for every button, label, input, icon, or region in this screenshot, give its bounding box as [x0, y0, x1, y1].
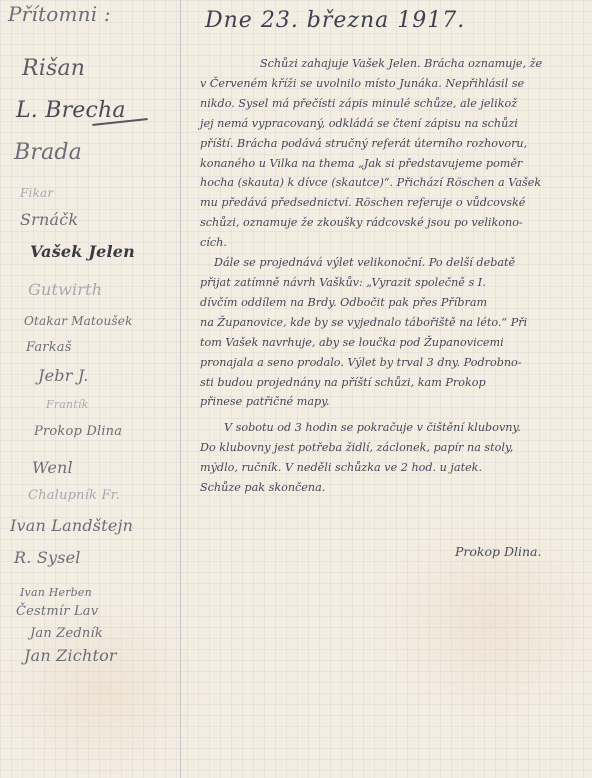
minutes-line: mýdlo, ručník. V neděli schůzka ve 2 hod…	[200, 458, 588, 478]
attendee-signature: Vašek Jelen	[30, 242, 135, 261]
minutes-line: dívčím oddílem na Brdy. Odbočit pak přes…	[200, 293, 588, 313]
attendee-signature: Rišan	[22, 56, 85, 81]
minutes-line: Schůze pak skončena.	[200, 478, 588, 498]
attendee-signature: L. Brecha	[16, 98, 126, 123]
attendee-signature: Čestmír Lav	[16, 604, 98, 619]
secretary-signature: Prokop Dlina.	[455, 544, 541, 559]
minutes-line: příští. Brácha podává stručný referát út…	[200, 134, 588, 154]
attendee-signature: Brada	[14, 140, 82, 165]
attendee-signature: Farkaš	[26, 340, 72, 355]
minutes-line: přijat zatímně návrh Vaškův: „Vyrazit sp…	[200, 273, 588, 293]
attendee-signature: Ivan Landštejn	[10, 516, 133, 535]
minutes-line: cích.	[200, 233, 588, 253]
minutes-line: přinese patřičné mapy.	[200, 392, 588, 412]
minutes-line: jej nemá vypracovaný, odkládá se čtení z…	[200, 114, 588, 134]
attendee-signature: Prokop Dlina	[34, 424, 122, 439]
attendee-signature: Ivan Herben	[20, 586, 92, 599]
minutes-date: Dne 23. března 1917.	[205, 8, 465, 33]
minutes-line: konaného u Vilka na thema „Jak si předst…	[200, 154, 588, 174]
attendee-signature: Jan Zedník	[30, 626, 103, 641]
attendee-signature: R. Sysel	[14, 548, 81, 567]
minutes-line: mu předává předsednictví. Röschen referu…	[200, 193, 588, 213]
minutes-line: Dále se projednává výlet velikonoční. Po…	[200, 253, 588, 273]
minutes-line: hocha (skauta) k dívce (skautce)“. Přich…	[200, 173, 588, 193]
attendee-signature: Frantík	[46, 398, 89, 411]
minutes-line: tom Vašek navrhuje, aby se loučka pod Žu…	[200, 333, 588, 353]
attendee-signature: Wenl	[32, 458, 73, 477]
attendee-signature: Jebr J.	[38, 366, 89, 385]
minutes-line: schůzi, oznamuje že zkoušky rádcovské js…	[200, 213, 588, 233]
attendee-signature: Gutwirth	[28, 280, 102, 299]
minutes-line: v Červeném kříži se uvolnilo místo Junák…	[200, 74, 588, 94]
minutes-line: V sobotu od 3 hodin se pokračuje v čiště…	[200, 418, 588, 438]
minutes-body: Schůzi zahajuje Vašek Jelen. Brácha ozna…	[200, 54, 588, 498]
minutes-line: nikdo. Sysel má přečísti zápis minulé sc…	[200, 94, 588, 114]
document-page: Přítomni : Rišan L. Brecha Brada Fikar S…	[0, 0, 592, 778]
minutes-line: na Županovice, kde by se vyjednalo táboř…	[200, 313, 588, 333]
attendee-signature: Fikar	[20, 186, 53, 200]
attendee-signature: Srnáčk	[20, 210, 78, 229]
margin-line	[180, 0, 181, 778]
attendee-signature: Chalupník Fr.	[28, 488, 120, 503]
attendee-signature: Jan Zichtor	[24, 646, 117, 665]
minutes-line: sti budou projednány na příští schůzi, k…	[200, 373, 588, 393]
attendance-heading: Přítomni :	[8, 2, 111, 26]
minutes-line: Schůzi zahajuje Vašek Jelen. Brácha ozna…	[200, 54, 588, 74]
attendee-signature: Otakar Matoušek	[24, 314, 133, 328]
minutes-line: Do klubovny jest potřeba židlí, záclonek…	[200, 438, 588, 458]
minutes-line: pronajala a seno prodalo. Výlet by trval…	[200, 353, 588, 373]
